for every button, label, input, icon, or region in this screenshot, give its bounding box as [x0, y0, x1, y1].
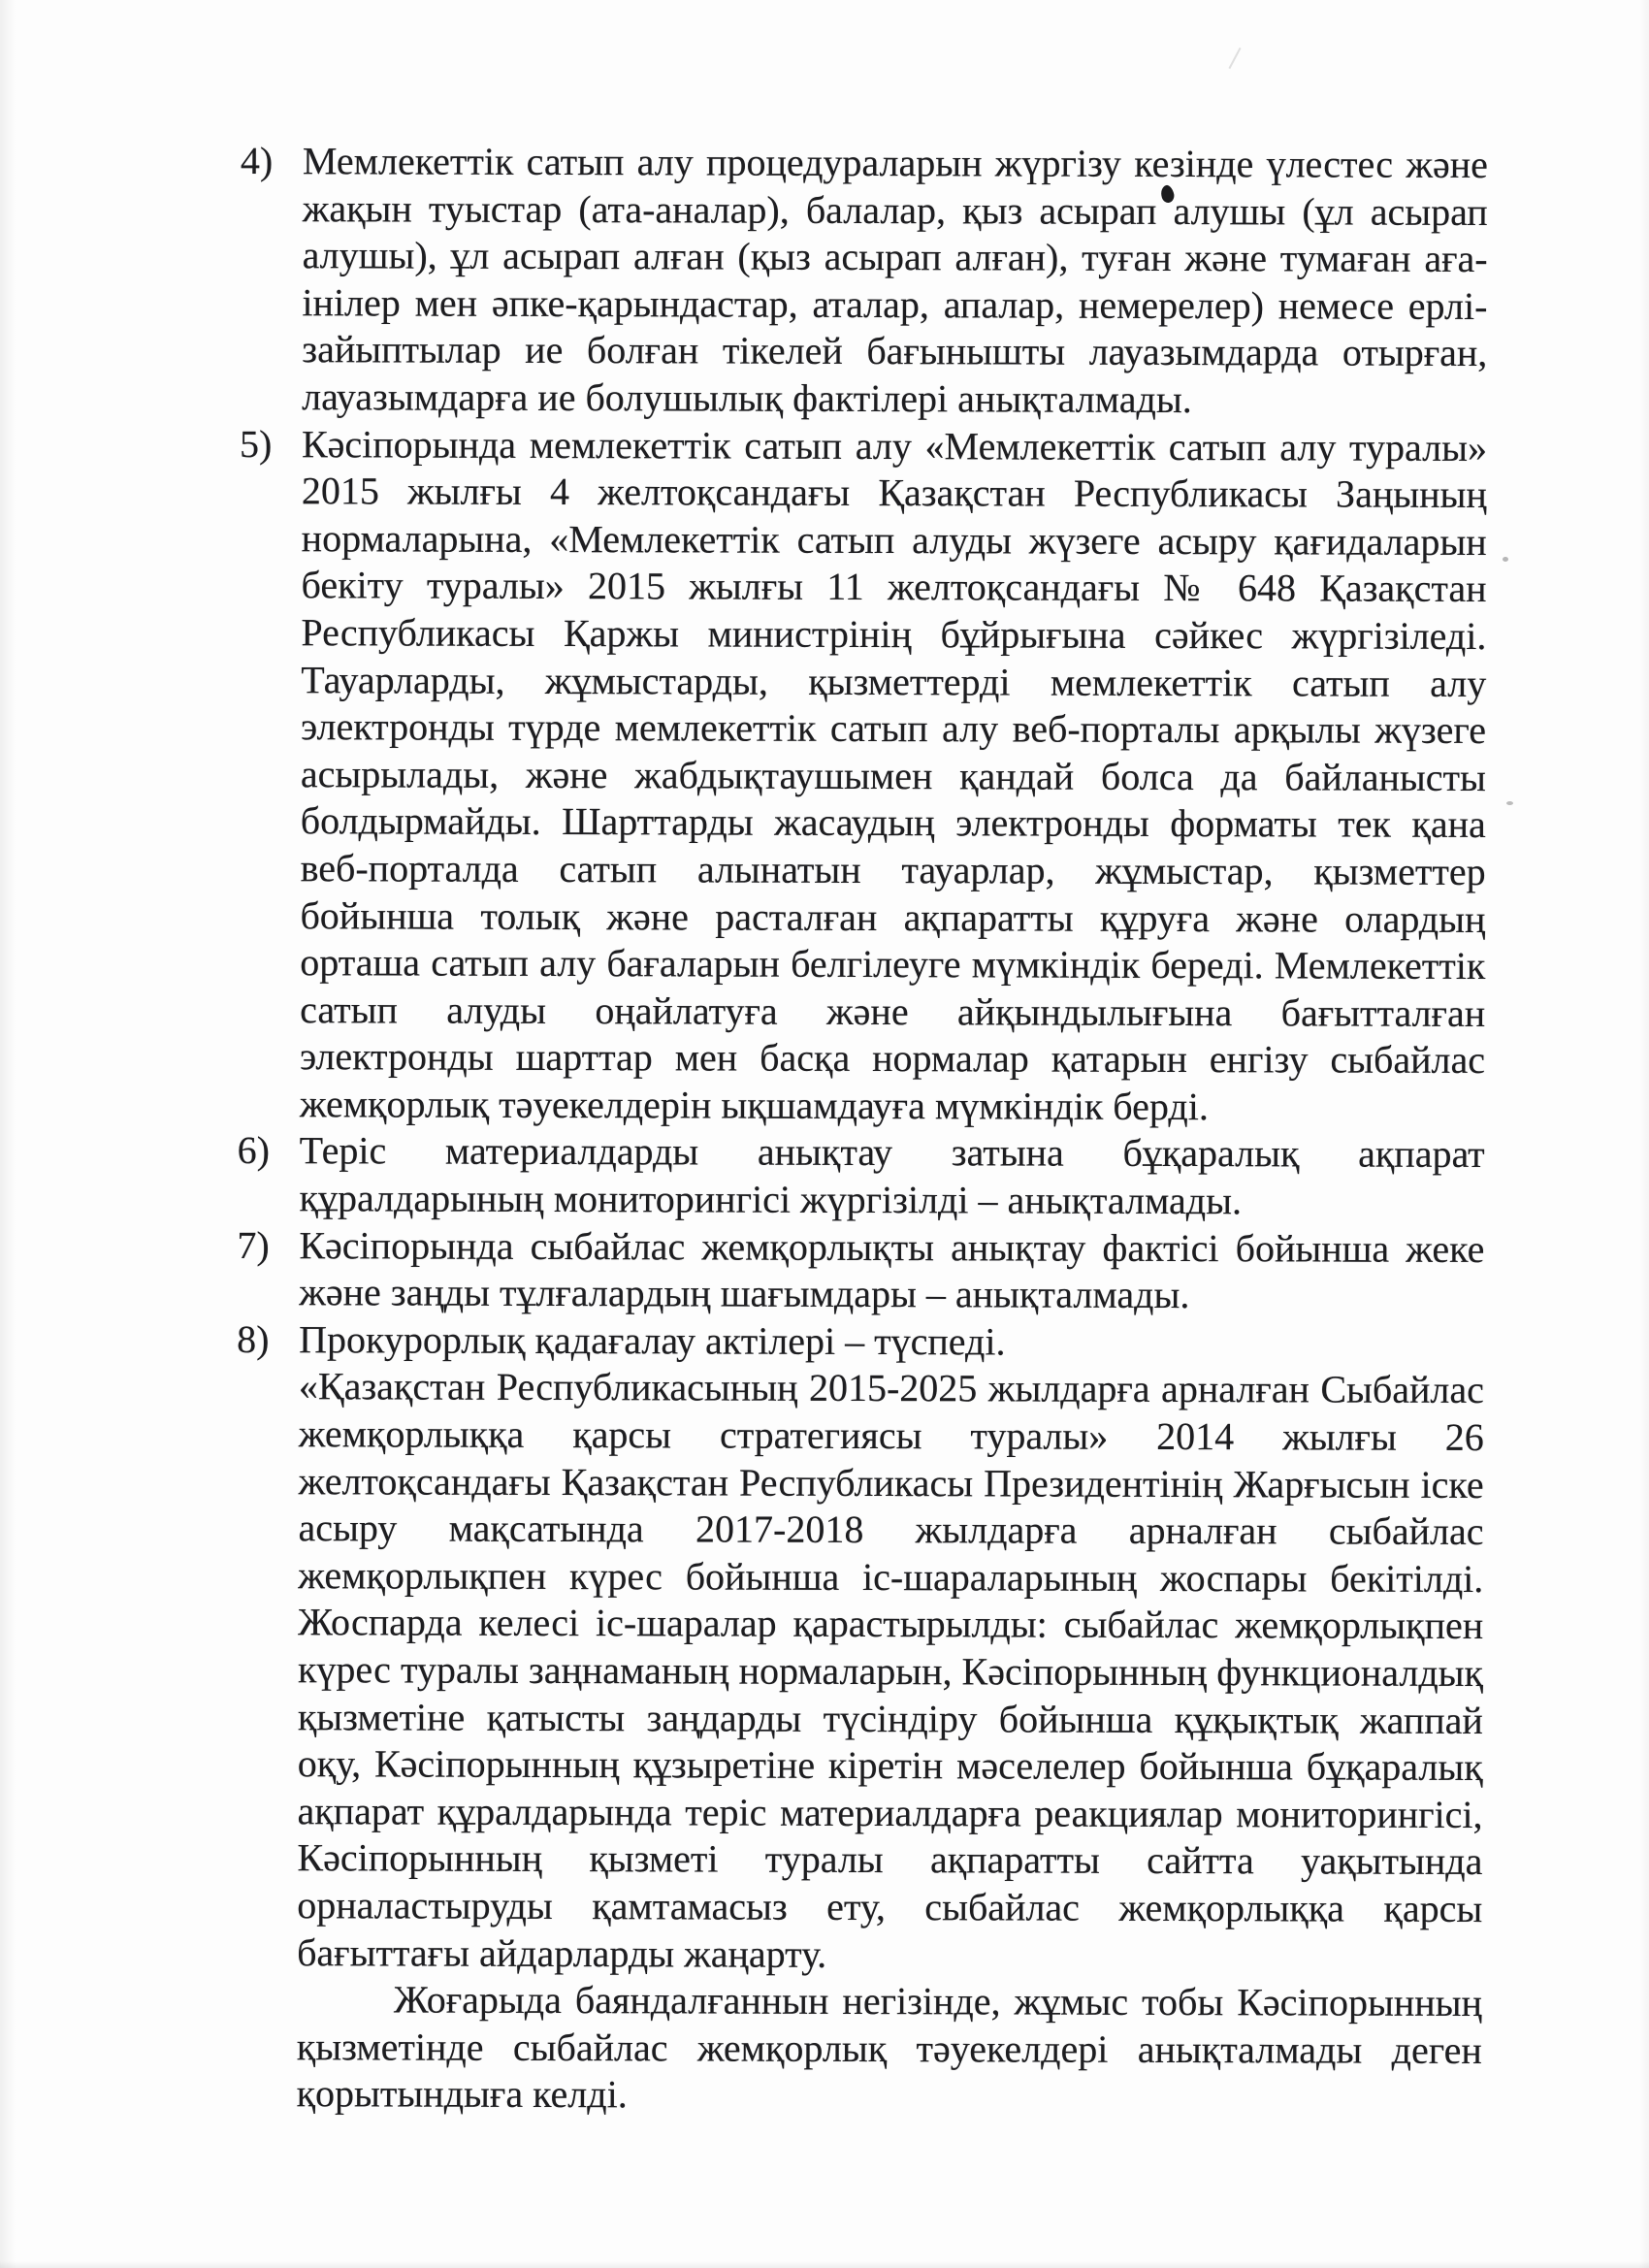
scan-scratch	[1228, 48, 1241, 69]
paragraph-conclusion: Жоғарыда баяндалғаннын негізінде, жұмыс …	[297, 1976, 1482, 2122]
item-number: 8)	[237, 1316, 299, 1364]
list-item-7: 7) Кәсіпорында сыбайлас жемқорлықты анық…	[237, 1222, 1484, 1320]
item-text: Теріс материалдарды анықтау затына бұқар…	[299, 1128, 1484, 1226]
item-number: 4)	[241, 138, 303, 185]
item-number: 7)	[237, 1222, 299, 1270]
scan-edge-shading-bottom	[0, 2261, 1649, 2268]
item-text: Мемлекеттік сатып алу процедураларын жүр…	[302, 138, 1488, 424]
scan-speck	[1506, 801, 1513, 805]
list-item-8: 8) Прокурорлық қадағалау актілері – түсп…	[237, 1316, 1484, 1368]
document-body: 4) Мемлекеттік сатып алу процедураларын …	[235, 138, 1488, 2122]
paragraph-anticorruption-strategy: «Қазақстан Республикасының 2015-2025 жыл…	[297, 1364, 1484, 1981]
scanned-document-page: 4) Мемлекеттік сатып алу процедураларын …	[0, 0, 1649, 2268]
item-text: Кәсіпорында мемлекеттік сатып алу «Мемле…	[300, 421, 1487, 1132]
item-text: Прокурорлық қадағалау актілері – түспеді…	[299, 1316, 1484, 1367]
scan-edge-shading-right	[1639, 0, 1649, 2268]
list-item-5: 5) Кәсіпорында мемлекеттік сатып алу «Ме…	[238, 421, 1487, 1132]
scan-speck	[1503, 557, 1508, 562]
scan-edge-shading-left	[0, 0, 16, 2268]
list-item-6: 6) Теріс материалдарды анықтау затына бұ…	[237, 1127, 1484, 1225]
item-number: 6)	[238, 1127, 300, 1175]
list-item-4: 4) Мемлекеттік сатып алу процедураларын …	[240, 138, 1488, 425]
item-number: 5)	[240, 421, 302, 469]
item-text: Кәсіпорында сыбайлас жемқорлықты анықтау…	[299, 1222, 1484, 1320]
